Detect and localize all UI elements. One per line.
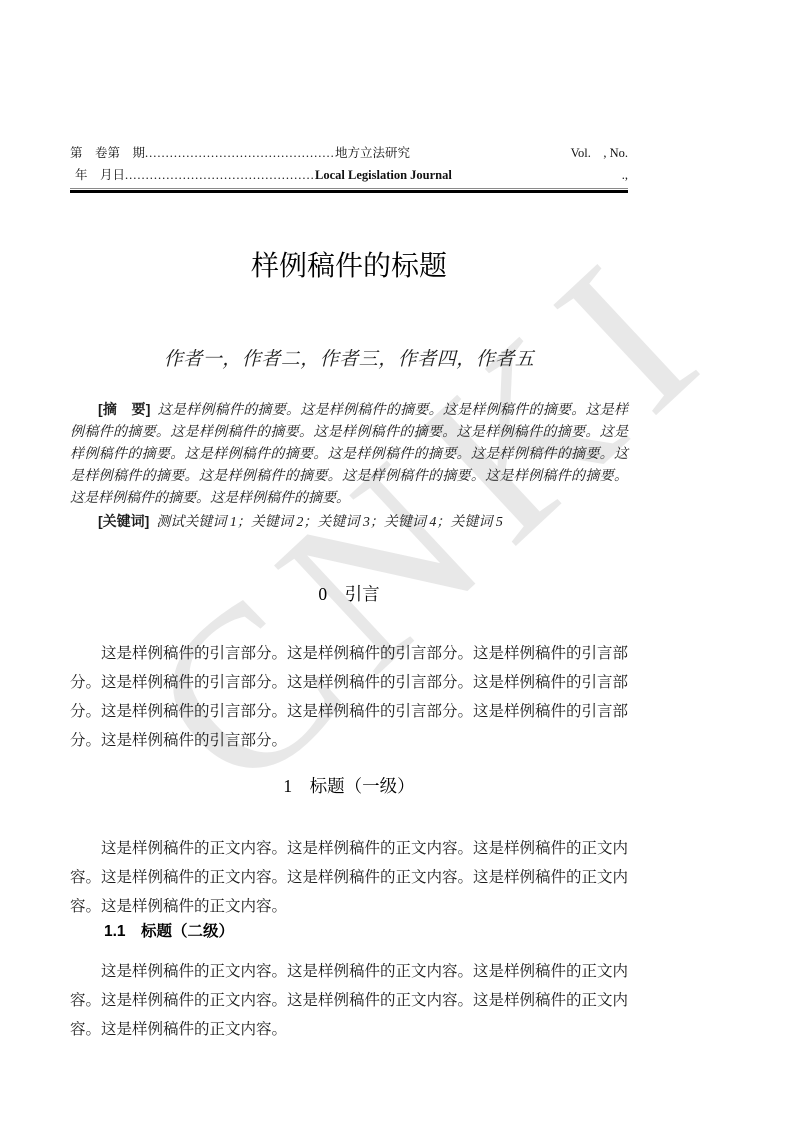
- header-row-en: 年 月日 ...................................…: [70, 164, 628, 186]
- article-title: 样例稿件的标题: [70, 249, 628, 285]
- section-heading-level1: 1 标题（一级）: [70, 774, 628, 798]
- keywords-label: [关键词]: [98, 513, 149, 529]
- journal-name-cn: 地方立法研究: [335, 142, 410, 164]
- dot-leader-row1: ........................................…: [145, 142, 335, 164]
- header-rule: [70, 188, 628, 193]
- abstract-text: 这是样例稿件的摘要。这是样例稿件的摘要。这是样例稿件的摘要。这是样例稿件的摘要。…: [70, 403, 628, 506]
- abstract-paragraph: [摘 要]这是样例稿件的摘要。这是样例稿件的摘要。这是样例稿件的摘要。这是样例稿…: [70, 398, 628, 510]
- keywords-text: 测试关键词 1；关键词 2；关键词 3；关键词 4；关键词 5: [156, 515, 503, 530]
- header-rule-thick-line: [70, 190, 628, 193]
- journal-header: 第 卷第 期 .................................…: [70, 0, 628, 193]
- section-heading-level2: 1.1 标题（二级）: [104, 921, 628, 943]
- date-info-cn: 年 月日: [70, 164, 125, 186]
- section1-paragraph: 这是样例稿件的正文内容。这是样例稿件的正文内容。这是样例稿件的正文内容。这是样例…: [70, 834, 628, 921]
- section-heading-intro: 0 引言: [70, 582, 628, 606]
- dot-leader-row2: ........................................…: [125, 164, 315, 186]
- abstract-label: [摘 要]: [98, 401, 150, 417]
- section1-1-paragraph: 这是样例稿件的正文内容。这是样例稿件的正文内容。这是样例稿件的正文内容。这是样例…: [70, 957, 628, 1044]
- document-page: CNKI 第 卷第 期 ............................…: [0, 0, 794, 1123]
- keywords-paragraph: [关键词]测试关键词 1；关键词 2；关键词 3；关键词 4；关键词 5: [70, 510, 628, 534]
- volume-number-label: Vol. , No.: [571, 142, 628, 164]
- issue-date-placeholder: .,: [622, 164, 628, 186]
- journal-name-en: Local Legislation Journal: [315, 164, 452, 186]
- header-row-cn: 第 卷第 期 .................................…: [70, 142, 628, 164]
- page-content: 第 卷第 期 .................................…: [70, 0, 628, 1044]
- intro-paragraph: 这是样例稿件的引言部分。这是样例稿件的引言部分。这是样例稿件的引言部分。这是样例…: [70, 639, 628, 755]
- issue-info-cn: 第 卷第 期: [70, 142, 145, 164]
- authors-line: 作者一，作者二，作者三，作者四，作者五: [70, 348, 628, 372]
